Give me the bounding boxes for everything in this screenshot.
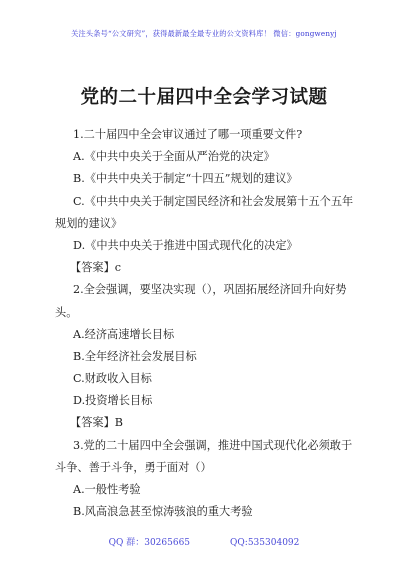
- footer-qq-group: QQ 群：30265665: [109, 535, 190, 548]
- document-body: 1.二十届四中全会审议通过了哪一项重要文件? A.《中共中央关于全面从严治党的决…: [55, 124, 355, 523]
- question-1-option-c: C.《中共中央关于制定国民经济和社会发展第十五个五年: [55, 191, 355, 213]
- question-3-continuation: 斗争、善于斗争，勇于面对（）: [55, 457, 355, 479]
- header-promo-note: 关注头条号“公文研究”，获得最新最全最专业的公文资料库！ 微信：gongweny…: [0, 29, 408, 39]
- question-2-option-d: D.投资增长目标: [55, 390, 355, 412]
- question-1-option-d: D.《中共中央关于推进中国式现代化的决定》: [55, 235, 355, 257]
- question-3-option-b: B.风高浪急甚至惊涛骇浪的重大考验: [55, 501, 355, 523]
- question-2: 2.全会强调，要坚决实现（），巩固拓展经济回升向好势: [55, 279, 355, 301]
- question-1-option-b: B.《中共中央关于制定“十四五”规划的建议》: [55, 168, 355, 190]
- question-3: 3.党的二十届四中全会强调，推进中国式现代化必须敢于: [55, 435, 355, 457]
- question-2-option-c: C.财政收入目标: [55, 368, 355, 390]
- question-1-option-a: A.《中共中央关于全面从严治党的决定》: [55, 146, 355, 168]
- question-2-option-a: A.经济高速增长目标: [55, 324, 355, 346]
- footer-contact: QQ 群：30265665QQ:535304092: [0, 535, 408, 548]
- question-1: 1.二十届四中全会审议通过了哪一项重要文件?: [55, 124, 355, 146]
- question-2-continuation: 头。: [55, 302, 355, 324]
- question-3-option-a: A.一般性考验: [55, 479, 355, 501]
- question-1-option-c-continuation: 规划的建议》: [55, 213, 355, 235]
- question-1-answer: 【答案】c: [55, 257, 355, 279]
- question-2-answer: 【答案】B: [55, 412, 355, 434]
- document-title: 党的二十届四中全会学习试题: [0, 83, 408, 109]
- question-2-option-b: B.全年经济社会发展目标: [55, 346, 355, 368]
- footer-qq: QQ:535304092: [230, 538, 299, 548]
